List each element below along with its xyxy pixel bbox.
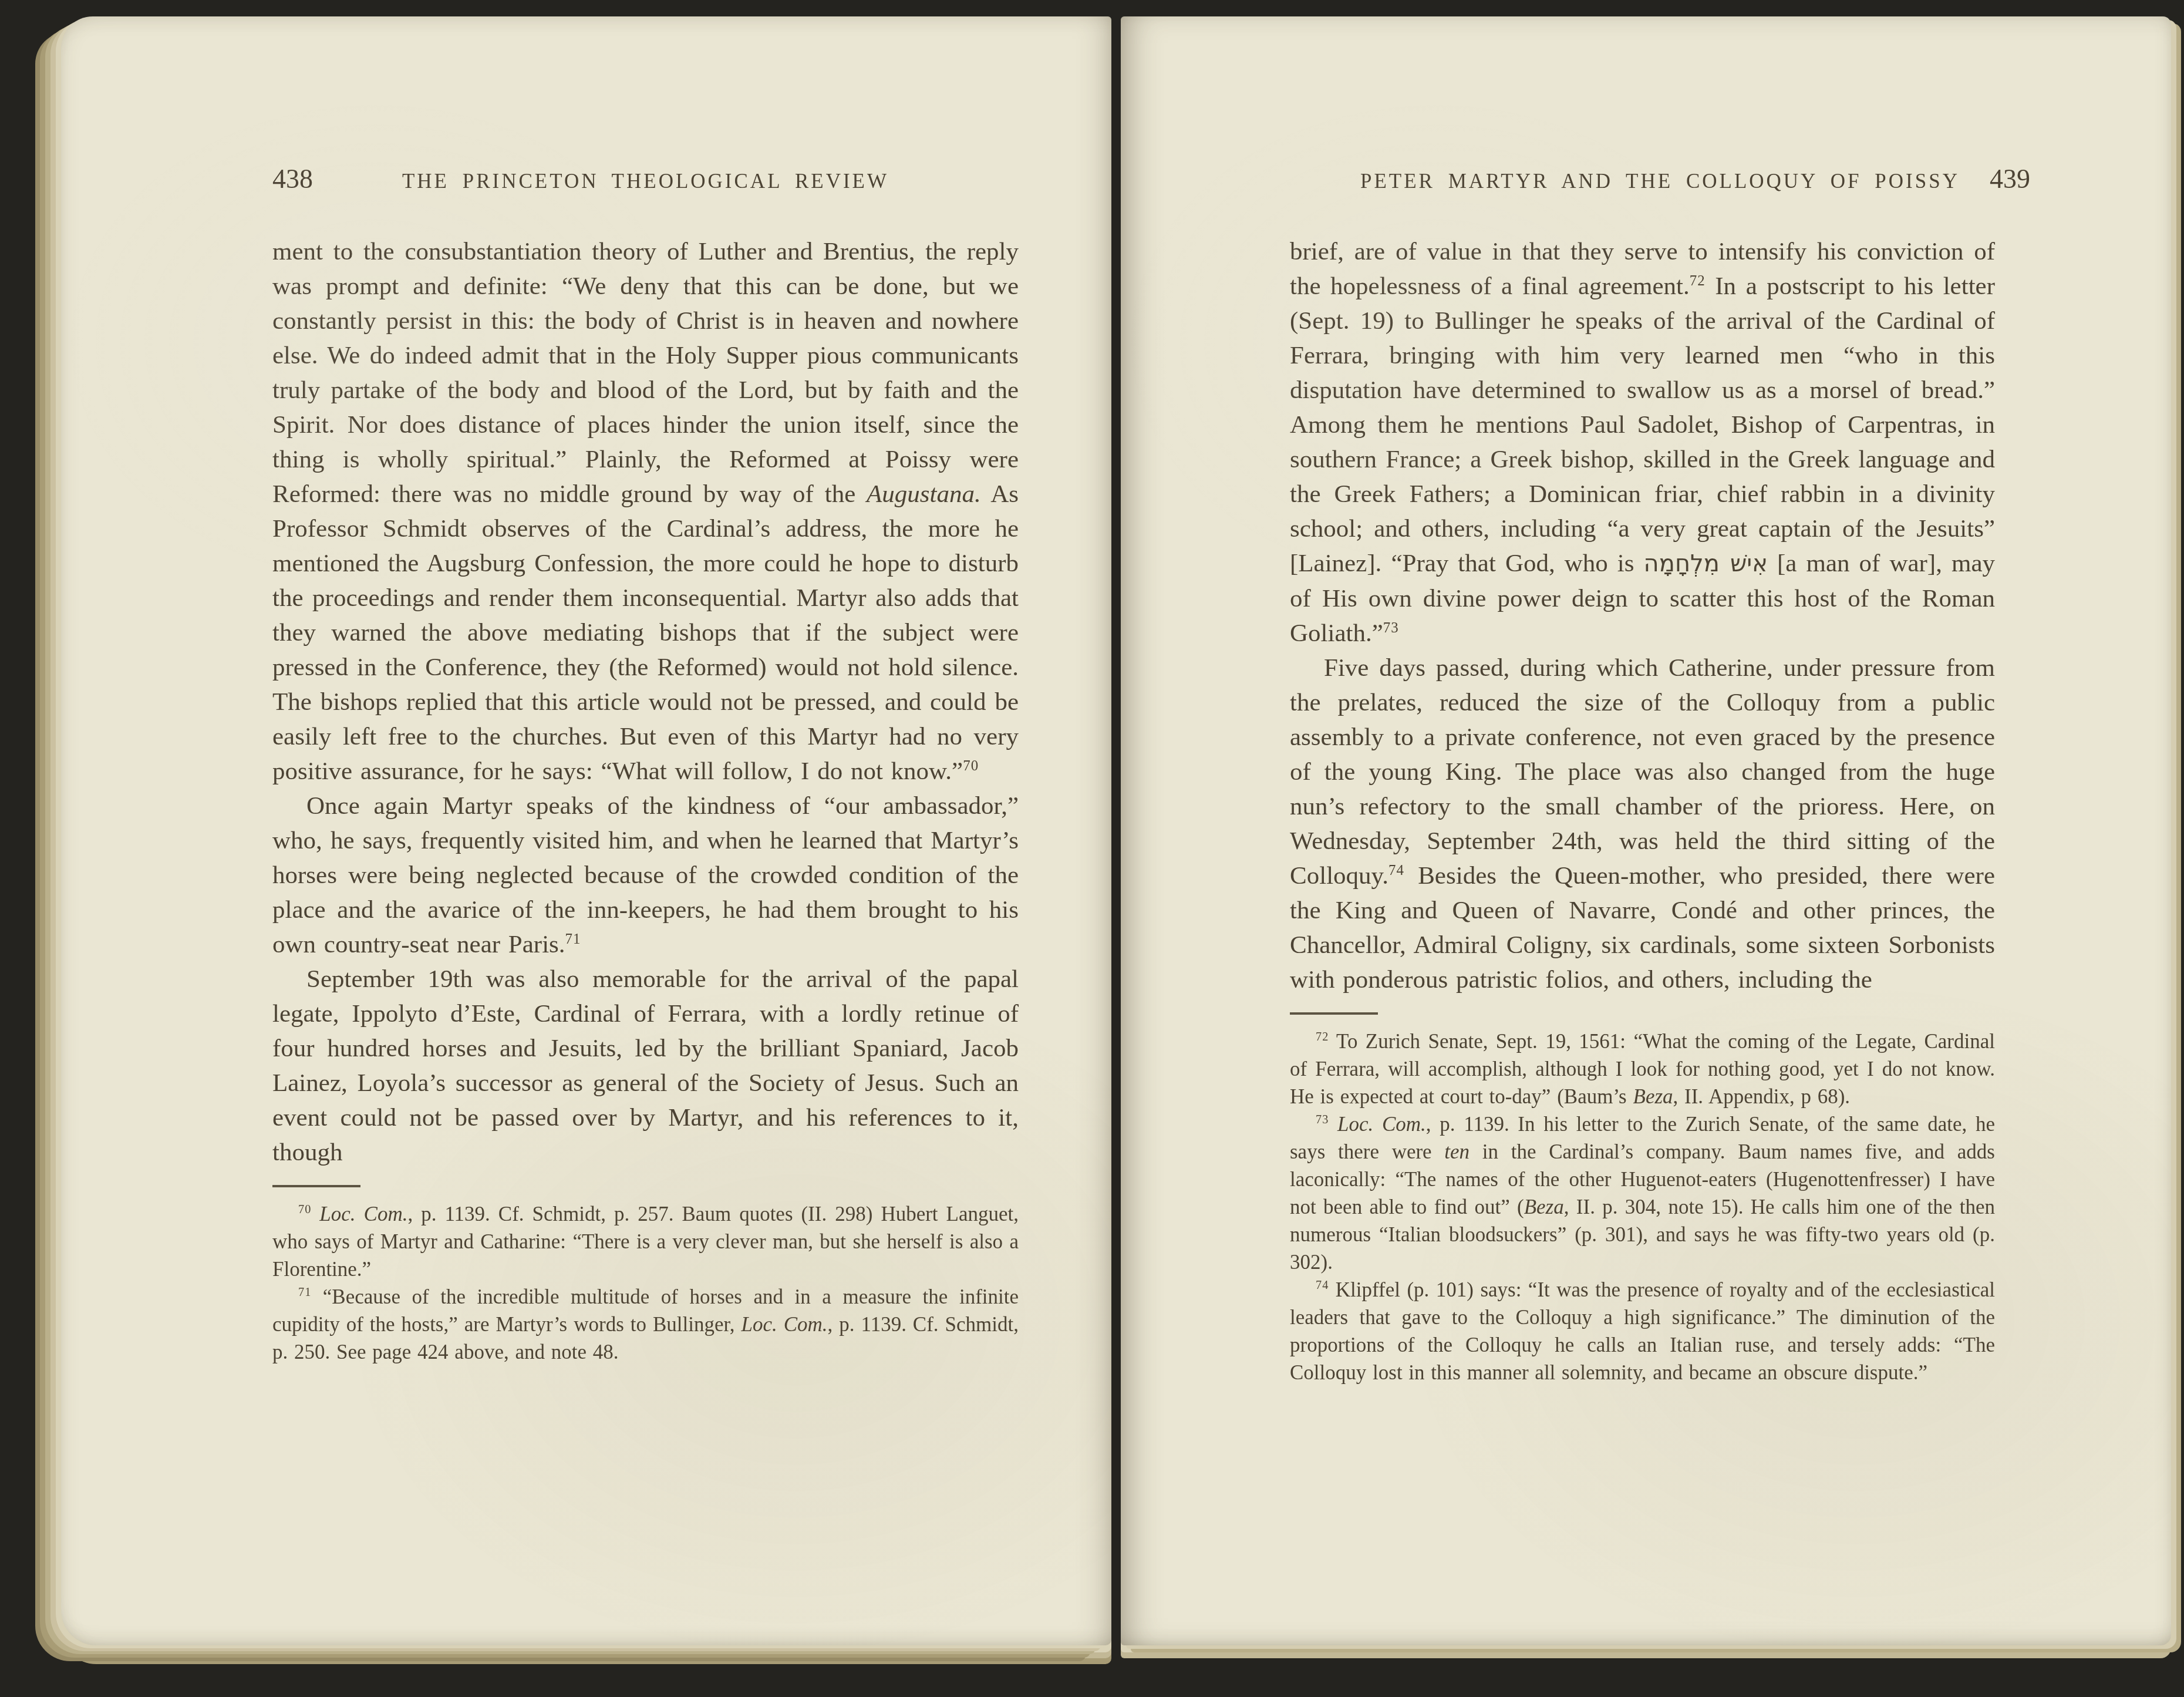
right-running-head: PETER MARTYR AND THE COLLOQUY OF POISSY bbox=[1360, 170, 1960, 193]
footnote-ref: 72 bbox=[1316, 1031, 1329, 1043]
right-page-header: PETER MARTYR AND THE COLLOQUY OF POISSY … bbox=[1290, 163, 1995, 194]
left-footnote-rule bbox=[272, 1185, 360, 1187]
text-run: September 19th was also memorable for th… bbox=[272, 965, 1019, 1166]
text-run: , II. Appendix, p 68). bbox=[1673, 1085, 1851, 1108]
footnote: 74 Klipffel (p. 101) says: “It was the p… bbox=[1290, 1276, 1995, 1386]
text-run bbox=[311, 1203, 319, 1225]
book: 438 THE PRINCETON THEOLOGICAL REVIEW men… bbox=[61, 16, 2171, 1645]
left-body-text: ment to the consubstantiation theory of … bbox=[272, 234, 1019, 1170]
left-running-head: THE PRINCETON THEOLOGICAL REVIEW bbox=[343, 170, 948, 193]
footnote: 71 “Because of the incredible multitude … bbox=[272, 1283, 1019, 1366]
footnote-ref: 70 bbox=[298, 1203, 311, 1216]
left-page-header: 438 THE PRINCETON THEOLOGICAL REVIEW bbox=[272, 163, 1019, 194]
paragraph: September 19th was also memorable for th… bbox=[272, 962, 1019, 1170]
italic-text: Loc. Com. bbox=[1337, 1113, 1426, 1136]
right-footnote-rule bbox=[1290, 1012, 1378, 1015]
paragraph: Five days passed, during which Catherine… bbox=[1290, 651, 1995, 997]
footnote: 70 Loc. Com., p. 1139. Cf. Schmidt, p. 2… bbox=[272, 1200, 1019, 1283]
italic-text: Beza bbox=[1633, 1085, 1673, 1108]
text-run: Five days passed, during which Catherine… bbox=[1290, 654, 1995, 890]
left-page-number: 438 bbox=[272, 163, 343, 194]
right-page-number: 439 bbox=[1960, 163, 2030, 194]
text-run: Once again Martyr speaks of the kindness… bbox=[272, 792, 1019, 958]
footnote-ref: 73 bbox=[1383, 620, 1399, 636]
footnote-ref: 73 bbox=[1316, 1113, 1329, 1126]
italic-text: ten bbox=[1444, 1140, 1470, 1163]
footnote-ref: 72 bbox=[1690, 273, 1706, 289]
italic-text: Augustana. bbox=[867, 480, 981, 508]
footnote-ref: 74 bbox=[1388, 863, 1404, 878]
left-footnotes: 70 Loc. Com., p. 1139. Cf. Schmidt, p. 2… bbox=[272, 1200, 1019, 1366]
right-footnotes: 72 To Zurich Senate, Sept. 19, 1561: “Wh… bbox=[1290, 1028, 1995, 1386]
hebrew-phrase: אִישׁ מִלְחָמָה bbox=[1644, 550, 1768, 577]
right-page-content: PETER MARTYR AND THE COLLOQUY OF POISSY … bbox=[1121, 16, 2171, 1645]
left-page: 438 THE PRINCETON THEOLOGICAL REVIEW men… bbox=[61, 16, 1111, 1645]
footnote-ref: 70 bbox=[963, 758, 979, 774]
text-run bbox=[1329, 1113, 1337, 1136]
footnote-ref: 71 bbox=[565, 931, 581, 947]
italic-text: Loc. Com. bbox=[741, 1313, 827, 1336]
left-page-content: 438 THE PRINCETON THEOLOGICAL REVIEW men… bbox=[61, 16, 1111, 1645]
right-page: PETER MARTYR AND THE COLLOQUY OF POISSY … bbox=[1121, 16, 2171, 1645]
text-run: Besides the Queen-mother, who presided, … bbox=[1290, 862, 1995, 994]
scanned-book-spread: 438 THE PRINCETON THEOLOGICAL REVIEW men… bbox=[0, 0, 2184, 1697]
footnote: 72 To Zurich Senate, Sept. 19, 1561: “Wh… bbox=[1290, 1028, 1995, 1110]
paragraph: ment to the consubstantiation theory of … bbox=[272, 234, 1019, 789]
text-run: ment to the consubstantiation theory of … bbox=[272, 238, 1019, 508]
footnote-ref: 71 bbox=[298, 1286, 311, 1299]
text-run: As Professor Schmidt observes of the Car… bbox=[272, 480, 1019, 785]
italic-text: Loc. Com. bbox=[319, 1203, 407, 1225]
paragraph: Once again Martyr speaks of the kindness… bbox=[272, 789, 1019, 962]
footnote-ref: 74 bbox=[1316, 1279, 1329, 1292]
right-body-text: brief, are of value in that they serve t… bbox=[1290, 234, 1995, 997]
italic-text: Beza bbox=[1524, 1196, 1564, 1218]
paragraph: brief, are of value in that they serve t… bbox=[1290, 234, 1995, 651]
footnote: 73 Loc. Com., p. 1139. In his letter to … bbox=[1290, 1110, 1995, 1276]
text-run: Klipffel (p. 101) says: “It was the pres… bbox=[1290, 1278, 1995, 1384]
text-run: In a postscript to his letter (Sept. 19)… bbox=[1290, 272, 1995, 577]
